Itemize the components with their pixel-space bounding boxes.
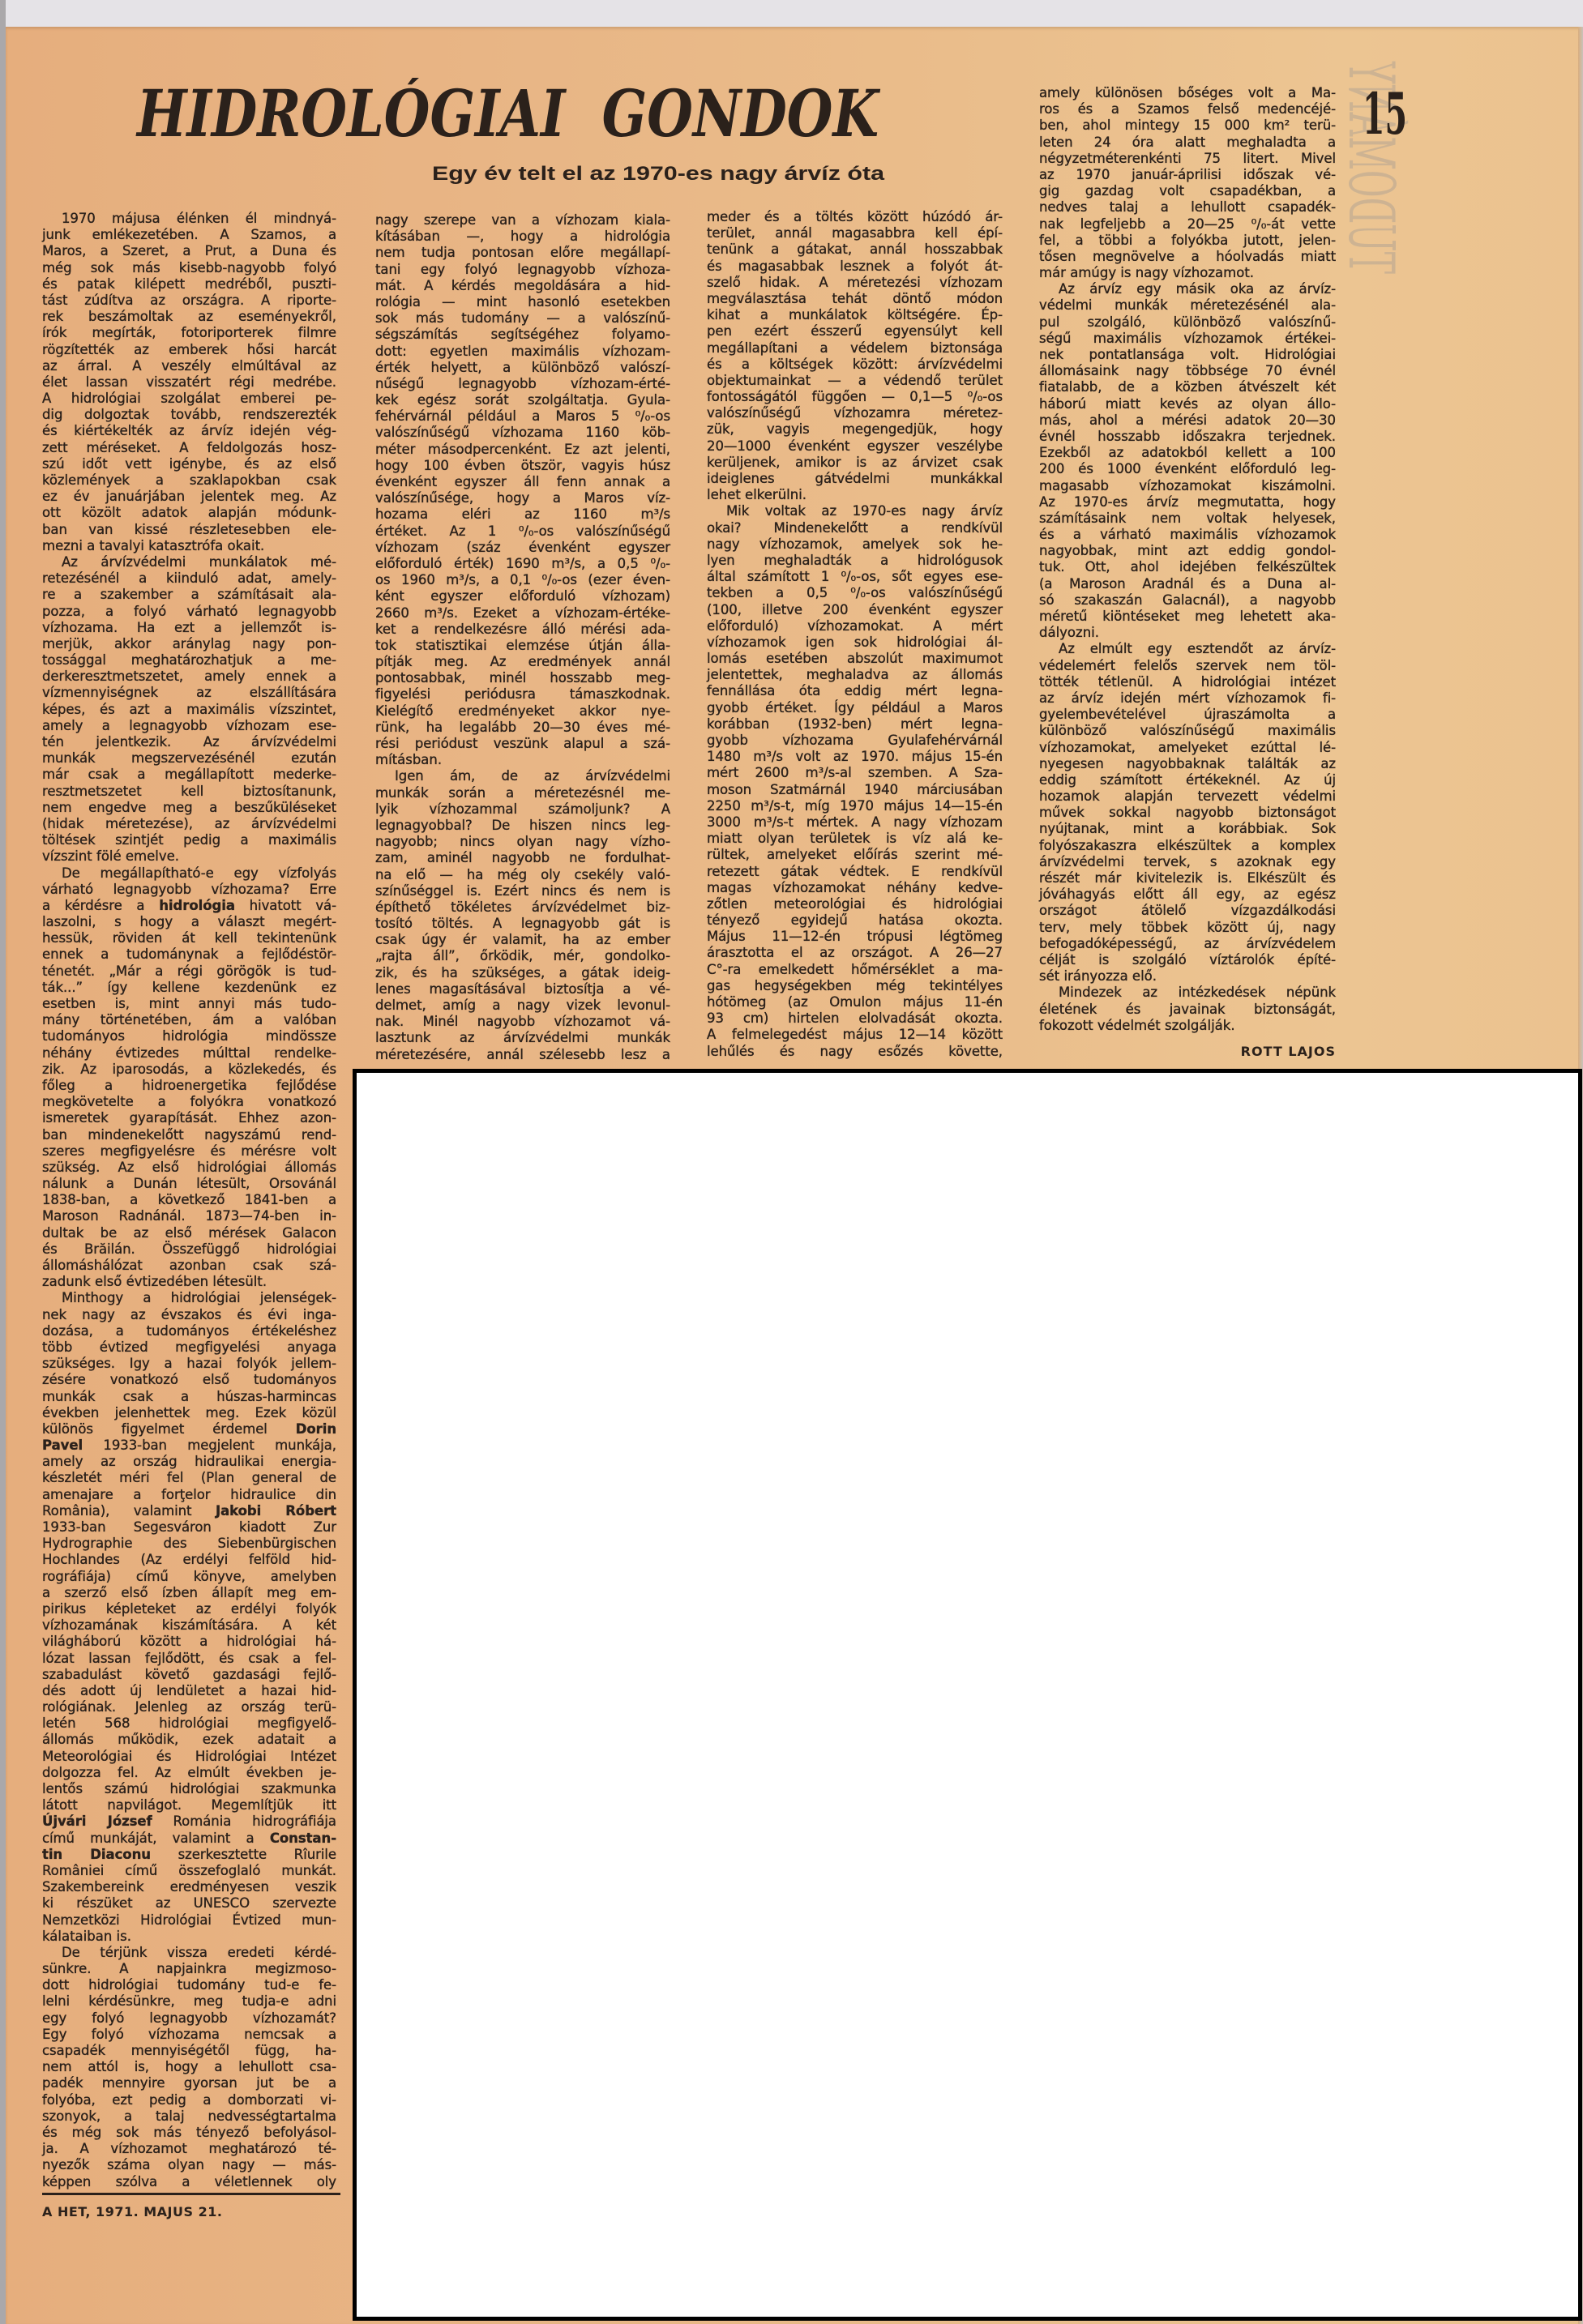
- line-content: Maros, a Szeret, a Prut, a Duna és: [42, 243, 336, 258]
- text-line: jelentettek, meghaladva az állomás: [707, 667, 1003, 683]
- line-content: gyobb értéket. Így például a Maros: [707, 700, 1003, 716]
- text-run: egy folyó legnagyobb vízhozamát?: [42, 2010, 336, 2026]
- text-run: ennek a tudománynak a fejlődéstör-: [42, 946, 336, 962]
- text-line: nyegesen nagyobbaknak találták az: [1039, 756, 1336, 772]
- line-content: mány történetében, ám a valóban: [42, 1012, 336, 1027]
- line-content: hótömeg (az Omulon május 11-én: [707, 994, 1003, 1010]
- line-content: munkák csak a húszas-harmincas: [42, 1389, 336, 1404]
- text-run: României című összefoglaló munkát.: [42, 1863, 336, 1878]
- line-content: ban mindenekelőtt nagyszámú rend-: [42, 1127, 336, 1143]
- line-content: az árvíz idején mért vízhozamok fi-: [1039, 690, 1336, 706]
- text-run: Igen ám, de az árvízvédelmi: [395, 768, 670, 784]
- text-run: vízhozama. Ha ezt a jellemzőt is-: [42, 620, 336, 635]
- line-content: és patak kilépett medréből, puszti-: [42, 276, 336, 292]
- text-run: rögzítették az emberek hősi harcát: [42, 342, 336, 357]
- line-content: méretezésére, annál szélesebb lesz a: [375, 1047, 670, 1062]
- text-run: érték helyett, a különböző valószí-: [375, 360, 670, 375]
- text-line: az 1970 január-áprilisi időszak vé-: [1039, 167, 1336, 183]
- line-content: 20—1000 évenként egyszer veszélybe: [707, 438, 1003, 454]
- text-line: Maroson Radnánál. 1873—74-ben in-: [42, 1208, 336, 1224]
- line-content: ez év januárjában jelentek meg. Az: [42, 489, 336, 504]
- line-content: ban van kissé részletesebben ele-: [42, 522, 336, 537]
- paragraph: nagy szerepe van a vízhozam kiala-kításá…: [375, 212, 670, 768]
- text-line: hogy 100 évben ötször, vagyis húsz: [375, 458, 670, 474]
- text-run: ségszámítás segítségéhez folyamo-: [375, 327, 670, 342]
- text-line: zadunk első évtizedében létesült.: [42, 1274, 336, 1290]
- text-line: gig gazdag volt csapadékban, a: [1039, 183, 1336, 199]
- text-line: Hydrographie des Siebenbürgischen: [42, 1536, 336, 1552]
- line-content: Újvári József Románia hidrográfiája: [42, 1813, 336, 1829]
- text-line: pen ezért ésszerű egyensúlyt kell: [707, 323, 1003, 340]
- line-content: nagyobb; nincs olyan nagy vízho-: [375, 834, 670, 849]
- text-line: világháború között a hidrológiai há-: [42, 1634, 336, 1650]
- text-run: mért 2600 m³/s-al szemben. A Sza-: [707, 765, 1003, 780]
- line-content: retezésénél a kiinduló adat, amely-: [42, 570, 336, 586]
- text-line: Pavel 1933-ban megjelent munkája,: [42, 1438, 336, 1454]
- text-line: jóváhagyás előtt áll egy, az egész: [1039, 886, 1336, 903]
- text-run: lózat lassan fejlődött, és csak a fel-: [42, 1651, 336, 1666]
- line-content: állomáshálózat azonban csak szá-: [42, 1258, 336, 1273]
- line-content: okai? Mindenekelőtt a rendkívül: [707, 520, 1003, 536]
- text-line: méretezésére, annál szélesebb lesz a: [375, 1047, 670, 1063]
- bold-name: hidrológia: [159, 898, 235, 913]
- line-content: rek beszámoltak az eseményekről,: [42, 309, 336, 324]
- text-line: védelemért felelős szervek nem töl-: [1039, 658, 1336, 674]
- text-run: 1480 m³/s volt az 1970. május 15-én: [707, 749, 1003, 764]
- text-line: kításában —, hogy a hidrológia: [375, 229, 670, 245]
- line-content: vízhozama. Ha ezt a jellemzőt is-: [42, 620, 336, 635]
- text-line: ben, ahol mintegy 15 000 km² terü-: [1039, 117, 1336, 134]
- line-content: A felmelegedést május 12—14 között: [707, 1027, 1003, 1042]
- text-line: látott napvilágot. Megemlítjük itt: [42, 1797, 336, 1813]
- line-content: folyószakaszra elkészültek a komplex: [1039, 838, 1336, 853]
- text-run: védelemért felelős szervek nem töl-: [1039, 658, 1336, 673]
- text-line: mításban.: [375, 752, 670, 768]
- line-content: laszolni, s hogy a választ megért-: [42, 914, 336, 929]
- text-run: tenünk a gátakat, annál hosszabbak: [707, 241, 1003, 257]
- text-run: Az elmúlt egy esztendőt az árvíz-: [1059, 641, 1336, 656]
- text-line: leten 24 óra alatt meghaladta a: [1039, 135, 1336, 151]
- text-line: C°-ra emelkedett hőmérséklet a ma-: [707, 962, 1003, 978]
- line-content: Nemzetközi Hidrológiai Évtized mun-: [42, 1912, 336, 1928]
- line-content: dig dolgoztak tovább, rendszerezték: [42, 407, 336, 422]
- text-line: dig dolgoztak tovább, rendszerezték: [42, 407, 336, 423]
- title-text: HIDROLÓGIAI GONDOK: [135, 78, 880, 147]
- text-line: az árvíz idején mért vízhozamok fi-: [1039, 690, 1336, 707]
- text-run: 93 cm) hirtelen elolvadását okozta.: [707, 1010, 1003, 1026]
- line-content: művek sokkal nagyobb biztonságot: [1039, 805, 1336, 820]
- text-run: pul szolgáló, különböző valószínű-: [1039, 314, 1336, 330]
- bold-name: tin Diaconu: [42, 1847, 151, 1862]
- line-content: rési periódust veszünk alapul a szá-: [375, 736, 670, 751]
- text-line: 2250 m³/s-t, míg 1970 május 14—15-én: [707, 798, 1003, 814]
- text-run: című munkáját, valamint a: [42, 1831, 270, 1846]
- text-line: dályozni.: [1039, 625, 1336, 641]
- text-line: munkák megszervezésénél ezután: [42, 750, 336, 767]
- line-content: tosító töltés. A legnagyobb gát is: [375, 916, 670, 931]
- line-content: számításaink nem voltak helyesek,: [1039, 511, 1336, 526]
- text-line: fehérvárnál például a Maros 5 ⁰/₀-os: [375, 408, 670, 425]
- text-run: Május 11—12-én trópusi légtömeg: [707, 929, 1003, 944]
- text-run: évenként egyszer áll fenn annak a: [375, 474, 670, 489]
- line-content: vízhozam (száz évenként egyszer: [375, 540, 670, 555]
- line-content: magas vízhozamokat néhány kedve-: [707, 880, 1003, 895]
- text-run: kek egész sorát szolgáltatja. Gyula-: [375, 392, 670, 408]
- line-content: Kielégítő eredményeket akkor nye-: [375, 703, 670, 719]
- text-line: szabadulást követő gazdasági fejlő-: [42, 1667, 336, 1683]
- line-content: szonyok, a talaj nedvességtartalma: [42, 2108, 336, 2124]
- line-content: ket a rendelkezésre álló mérési ada-: [375, 622, 670, 637]
- line-content: jelentettek, meghaladva az állomás: [707, 667, 1003, 682]
- text-run: tén jelentkezik. Az árvízvédelmi: [42, 734, 336, 750]
- line-content: zett méréseket. A feldolgozás hosz-: [42, 440, 336, 455]
- text-run: dés adott új lendületet a hazai hid-: [42, 1683, 336, 1698]
- text-run: és a várható maximális vízhozamok: [1039, 527, 1336, 542]
- text-line: De megállapítható-e egy vízfolyás: [42, 865, 336, 882]
- text-line: amenajare a forţelor hidraulice din: [42, 1487, 336, 1503]
- text-run: lomás esetében abszolút maximumot: [707, 651, 1003, 666]
- line-content: célját is szolgáló víztárolók építé-: [1039, 952, 1336, 968]
- text-line: nagyobbak, mint azt eddig gondol-: [1039, 543, 1336, 559]
- text-run: ros és a Szamos felső medencéjé-: [1039, 101, 1336, 117]
- text-run: sét irányozza elő.: [1039, 968, 1157, 984]
- text-run: zik. Az iparosodás, a közlekedés, és: [42, 1062, 336, 1077]
- line-content: dés adott új lendületet a hazai hid-: [42, 1683, 336, 1698]
- text-run: zett méréseket. A feldolgozás hosz-: [42, 440, 336, 455]
- text-line: ban mindenekelőtt nagyszámú rend-: [42, 1127, 336, 1143]
- line-content: kításában —, hogy a hidrológia: [375, 229, 670, 244]
- text-run: a kérdésre a: [42, 898, 159, 913]
- text-line: tok statisztikai elemzése útján álla-: [375, 638, 670, 654]
- text-line: miatt olyan területek is víz alá ke-: [707, 831, 1003, 847]
- line-content: az árral. A veszély elmúltával az: [42, 358, 336, 374]
- text-run: szabadulást követő gazdasági fejlő-: [42, 1667, 336, 1682]
- line-content: pirikus képleteket az erdélyi folyók: [42, 1601, 336, 1617]
- text-run: 1933-ban Segesváron kiadott Zur: [42, 1519, 336, 1535]
- article-subtitle: Egy év telt el az 1970-es nagy árvíz óta: [430, 159, 888, 191]
- line-content: háború miatt kevés az olyan állo-: [1039, 396, 1336, 412]
- line-content: munkák megszervezésénél ezután: [42, 750, 336, 766]
- text-line: számításaink nem voltak helyesek,: [1039, 511, 1336, 527]
- text-run: amenajare a forţelor hidraulice din: [42, 1487, 336, 1502]
- footer-rule: [42, 2193, 340, 2195]
- line-content: 1480 m³/s volt az 1970. május 15-én: [707, 749, 1003, 764]
- text-run: ténetét. „Már a régi görögök is tud-: [42, 963, 336, 979]
- text-line: nyezők száma olyan nagy — más-: [42, 2157, 336, 2173]
- text-run: tekben a 0,5 ⁰/₀-os valószínűségű: [707, 585, 1003, 600]
- text-line: delmet, amíg a nagy vizek levonul-: [375, 998, 670, 1014]
- text-run: előforduló érték) 1690 m³/s, a 0,5 ⁰/₀-: [375, 556, 670, 571]
- line-content: ténetét. „Már a régi görögök is tud-: [42, 963, 336, 979]
- text-line: 1838-ban, a következő 1841-ben a: [42, 1192, 336, 1208]
- text-run: néhány évtizedes múlttal rendelke-: [42, 1045, 336, 1061]
- text-line: tuk. Ott, ahol idejében felkészültek: [1039, 559, 1336, 575]
- line-content: Meteorológiai és Hidrológiai Intézet: [42, 1749, 336, 1764]
- line-content: valószínűsége, hogy a Maros víz-: [375, 490, 670, 506]
- text-line: Nemzetközi Hidrológiai Évtized mun-: [42, 1912, 336, 1929]
- line-content: ben, ahol mintegy 15 000 km² terü-: [1039, 117, 1336, 133]
- line-content: nűségű legnagyobb vízhozam-érté-: [375, 376, 670, 391]
- text-line: nagy szerepe van a vízhozam kiala-: [375, 212, 670, 229]
- text-line: által számított 1 ⁰/₀-os, sőt egyes ese-: [707, 569, 1003, 585]
- text-run: 2660 m³/s. Ezeket a vízhozam-értéke-: [375, 605, 670, 621]
- text-line: csak úgy ér valamit, ha az ember: [375, 932, 670, 948]
- text-run: dott hidrológiai tudomány tud-e fe-: [42, 1977, 336, 1993]
- line-content: tást zúdítva az országra. A riporte-: [42, 293, 336, 308]
- text-run: méretezésére, annál szélesebb lesz a: [375, 1047, 670, 1062]
- line-content: árvízvédelmi tervek, s azoknak egy: [1039, 854, 1336, 869]
- paragraph: Igen ám, de az árvízvédelmimunkák során …: [375, 768, 670, 1062]
- text-run: évnél hosszabb időszakra terjednek.: [1039, 429, 1336, 444]
- text-run: delmet, amíg a nagy vizek levonul-: [375, 998, 670, 1013]
- line-content: României című összefoglaló munkát.: [42, 1863, 336, 1878]
- text-line: os 1960 m³/s, a 0,1 ⁰/₀-os (ezer éven-: [375, 572, 670, 588]
- text-run: zük, vagyis megengedjük, hogy: [707, 421, 1003, 437]
- text-run: leten 24 óra alatt meghaladta a: [1039, 135, 1336, 150]
- text-run: só szakaszán Galacnál), a nagyobb: [1039, 592, 1336, 608]
- line-content: Egy folyó vízhozama nemcsak a: [42, 2027, 336, 2042]
- text-line: (hidak méretezése), az árvízvédelmi: [42, 816, 336, 832]
- text-line: szükséges. Igy a hazai folyók jellem-: [42, 1356, 336, 1372]
- text-run: és Brăilán. Összefüggő hidrológiai: [42, 1241, 336, 1257]
- text-line: Az elmúlt egy esztendőt az árvíz-: [1039, 641, 1336, 657]
- text-line: objektumainkat — a védendő terület: [707, 373, 1003, 389]
- text-run: hivatott vá-: [235, 898, 336, 913]
- text-line: években jelenhettek meg. Ezek közül: [42, 1405, 336, 1421]
- line-content: pen ezért ésszerű egyensúlyt kell: [707, 323, 1003, 339]
- text-line: fokozott védelmét szolgálják.: [1039, 1018, 1336, 1034]
- line-content: tudományos hidrológia mindössze: [42, 1028, 336, 1044]
- line-content: évnél hosszabb időszakra terjednek.: [1039, 429, 1336, 444]
- line-content: padék mennyire gyorsan jut be a: [42, 2075, 336, 2091]
- text-run: nyezők száma olyan nagy — más-: [42, 2157, 336, 2172]
- line-content: tötték tétlenül. A hidrológiai intézet: [1039, 674, 1336, 690]
- text-line: a szerző első ízben állapít meg em-: [42, 1585, 336, 1601]
- text-run: nak legfeljebb a 20—25 ⁰/₀-át vette: [1039, 216, 1336, 232]
- line-content: România), valamint Jakobi Róbert: [42, 1503, 336, 1519]
- text-run: írók megírták, fotoriporterek filmre: [42, 325, 336, 340]
- line-content: 1970 májusa élénken él mindnyá-: [62, 211, 336, 226]
- text-line: évenként egyszer áll fenn annak a: [375, 474, 670, 490]
- line-content: már amúgy is nagy vízhozamot.: [1039, 265, 1254, 280]
- line-content: tin Diaconu szerkesztette Rîurile: [42, 1847, 336, 1862]
- text-line: zésére vonatkozó első tudományos: [42, 1372, 336, 1388]
- text-run: számításaink nem voltak helyesek,: [1039, 511, 1336, 526]
- line-content: nagy szerepe van a vízhozam kiala-: [375, 212, 670, 228]
- text-line: ja. A vízhozamot meghatározó té-: [42, 2141, 336, 2157]
- text-line: méter másodpercenként. Ez azt jelenti,: [375, 442, 670, 458]
- line-content: rológiának. Jelenleg az ország terü-: [42, 1699, 336, 1715]
- text-run: ki részüket az UNESCO szervezte: [42, 1895, 336, 1911]
- line-content: fiatalabb, de a közben átvészelt két: [1039, 379, 1336, 395]
- line-content: pontosabbak, minél hosszabb meg-: [375, 670, 670, 686]
- text-run: állomás működik, ezek adatait a: [42, 1732, 336, 1747]
- line-content: szú időt vett igénybe, és az első: [42, 456, 336, 472]
- text-run: vízhozamának kiszámítására. A két: [42, 1617, 336, 1633]
- text-line: lehet elkerülni.: [707, 487, 1003, 503]
- line-content: években jelenhettek meg. Ezek közül: [42, 1405, 336, 1420]
- text-line: 93 cm) hirtelen elolvadását okozta.: [707, 1010, 1003, 1027]
- line-content: De megállapítható-e egy vízfolyás: [62, 865, 336, 881]
- publication-footer: A HET, 1971. MAJUS 21.: [42, 2204, 222, 2219]
- text-line: vízhozama. Ha ezt a jellemzőt is-: [42, 620, 336, 636]
- text-run: előforduló) vízhozamokat. A mért: [707, 618, 1003, 634]
- article-title: HIDROLÓGIAI GONDOK: [134, 78, 888, 147]
- text-line: háború miatt kevés az olyan állo-: [1039, 396, 1336, 412]
- line-content: hogy 100 évben ötször, vagyis húsz: [375, 458, 670, 473]
- text-line: értéket. Az 1 ⁰/₀-os valószínűségű: [375, 523, 670, 540]
- line-content: folyóba, ezt pedig a domborzati vi-: [42, 2092, 336, 2108]
- text-line: színűséggel is. Ezért nincs és nem is: [375, 883, 670, 899]
- line-content: 1933-ban Segesváron kiadott Zur: [42, 1519, 336, 1535]
- line-content: Az árvíz egy másik oka az árvíz-: [1059, 281, 1336, 297]
- text-line: junk emlékezetében. A Szamos, a: [42, 227, 336, 243]
- text-run: derkeresztmetszetet, amely ennek a: [42, 669, 336, 684]
- line-content: 2250 m³/s-t, míg 1970 május 14—15-én: [707, 798, 1003, 814]
- text-line: 3000 m³/s-t mértek. A nagy vízhozam: [707, 814, 1003, 831]
- line-content: 200 és 1000 évenként előforduló leg-: [1039, 461, 1336, 476]
- text-line: pítják meg. Az eredmények annál: [375, 654, 670, 670]
- line-content: rográfiája) című könyve, amelyben: [42, 1569, 336, 1584]
- text-line: lenes magasításával biztosítja a vé-: [375, 981, 670, 998]
- text-line: Újvári József Románia hidrográfiája: [42, 1813, 336, 1830]
- line-content: nak legfeljebb a 20—25 ⁰/₀-át vette: [1039, 216, 1336, 232]
- line-content: és a költségek között: árvízvédelmi: [707, 357, 1003, 372]
- text-run: 200 és 1000 évenként előforduló leg-: [1039, 461, 1336, 476]
- line-content: munkák során a méretezésnél me-: [375, 785, 670, 801]
- line-content: állomásaink nagy többsége 70 évnél: [1039, 363, 1336, 378]
- line-content: nyújtanak, mint a korábbiak. Sok: [1039, 821, 1336, 836]
- text-line: terület, annál magasabbra kell épí-: [707, 225, 1003, 241]
- text-run: lelni kérdésünkre, meg tudja-e adni: [42, 1993, 336, 2009]
- text-run: meder és a töltés között húzódó ár-: [707, 209, 1003, 224]
- line-content: dozása, a tudományos értékeléshez: [42, 1323, 336, 1339]
- bold-name: Dorin: [296, 1421, 336, 1437]
- text-run: tősen megnövelve a hóolvadás miatt: [1039, 249, 1336, 264]
- text-line: tenünk a gátakat, annál hosszabbak: [707, 241, 1003, 258]
- line-content: nem engedve meg a beszűküléseket: [42, 800, 336, 815]
- text-run: Maroson Radnánál. 1873—74-ben in-: [42, 1208, 336, 1224]
- text-run: C°-ra emelkedett hőmérséklet a ma-: [707, 962, 1003, 977]
- text-run: (hidak méretezése), az árvízvédelmi: [42, 816, 336, 831]
- text-line: ki részüket az UNESCO szervezte: [42, 1895, 336, 1912]
- text-run: háború miatt kevés az olyan állo-: [1039, 396, 1336, 412]
- text-line: megkövetelte a folyókra vonatkozó: [42, 1094, 336, 1110]
- text-run: pontosabbak, minél hosszabb meg-: [375, 670, 670, 686]
- text-line: ez év januárjában jelentek meg. Az: [42, 489, 336, 505]
- line-content: nyezők száma olyan nagy — más-: [42, 2157, 336, 2172]
- text-run: művek sokkal nagyobb biztonságot: [1039, 805, 1336, 820]
- text-line: lehűlés és nagy esőzés követte,: [707, 1044, 1003, 1060]
- text-line: szú időt vett igénybe, és az első: [42, 456, 336, 472]
- line-content: más, ahol a mérési adatok 20—30: [1039, 412, 1336, 428]
- text-line: és magasabbak lesznek a folyót át-: [707, 258, 1003, 275]
- text-run: munkák megszervezésénél ezután: [42, 750, 336, 766]
- line-content: nek pontatlansága volt. Hidrológiai: [1039, 347, 1336, 362]
- text-line: zük, vagyis megengedjük, hogy: [707, 421, 1003, 438]
- text-run: nálunk a Dunán létesült, Orsovánál: [42, 1176, 336, 1191]
- text-line: és Brăilán. Összefüggő hidrológiai: [42, 1241, 336, 1258]
- text-line: Szakembereink eredményesen veszik: [42, 1879, 336, 1895]
- line-content: zésére vonatkozó első tudományos: [42, 1372, 336, 1387]
- text-run: által számított 1 ⁰/₀-os, sőt egyes ese-: [707, 569, 1003, 584]
- text-line: folyóba, ezt pedig a domborzati vi-: [42, 2092, 336, 2108]
- text-run: szükséges. Igy a hazai folyók jellem-: [42, 1356, 336, 1371]
- text-run: szú időt vett igénybe, és az első: [42, 456, 336, 472]
- line-content: pozza, a folyó várható legnagyobb: [42, 604, 336, 619]
- line-content: „rajta áll”, őrködik, mér, gondolko-: [375, 948, 670, 963]
- line-content: dolgozza fel. Az elmúlt években je-: [42, 1765, 336, 1780]
- text-line: eddig számított értékeknél. Az új: [1039, 772, 1336, 788]
- text-run: Meteorológiai és Hidrológiai Intézet: [42, 1749, 336, 1764]
- text-run: rológiának. Jelenleg az ország terü-: [42, 1699, 336, 1715]
- text-line: re a szakember a számításait ala-: [42, 587, 336, 603]
- text-line: kerüljenek, amikor is az árvizet csak: [707, 455, 1003, 471]
- text-run: csapadék mennyiségétől függ, ha-: [42, 2043, 336, 2058]
- text-run: években jelenhettek meg. Ezek közül: [42, 1405, 336, 1420]
- text-line: szükség. Az első hidrológiai állomás: [42, 1160, 336, 1176]
- text-line: rültek, amelyeket előírás szerint mé-: [707, 847, 1003, 863]
- text-run: fontosságától függően — 0,1—5 ⁰/₀-os: [707, 389, 1003, 404]
- text-run: különös figyelmet érdemel: [42, 1421, 296, 1437]
- text-run: szerkesztette Rîurile: [151, 1847, 336, 1862]
- line-content: amely a legnagyobb vízhozam ese-: [42, 718, 336, 733]
- text-run: Románia hidrográfiája: [152, 1813, 336, 1829]
- text-run: fiatalabb, de a közben átvészelt két: [1039, 379, 1336, 395]
- line-content: Május 11—12-én trópusi légtömeg: [707, 929, 1003, 944]
- line-content: érték helyett, a különböző valószí-: [375, 360, 670, 375]
- text-run: A felmelegedést május 12—14 között: [707, 1027, 1003, 1042]
- text-line: gyobb értéket. Így például a Maros: [707, 700, 1003, 716]
- text-run: magasabb vízhozamokat kiszámolni.: [1039, 478, 1336, 493]
- text-run: befogadóképességű, az árvízvédelem: [1039, 936, 1336, 951]
- text-line: vízhozamának kiszámítására. A két: [42, 1617, 336, 1634]
- line-content: lomás esetében abszolút maximumot: [707, 651, 1003, 666]
- text-line: töltések szintjét pedig a maximális: [42, 832, 336, 848]
- text-run: Az 1970-es árvíz megmutatta, hogy: [1039, 494, 1336, 510]
- line-content: delmet, amíg a nagy vizek levonul-: [375, 998, 670, 1013]
- line-content: állomás működik, ezek adatait a: [42, 1732, 336, 1747]
- text-run: ott közölt adatok alapján módunk-: [42, 505, 336, 520]
- line-content: rögzítették az emberek hősi harcát: [42, 342, 336, 357]
- text-line: legnagyobbal? De hiszen nincs leg-: [375, 818, 670, 834]
- text-line: nedves talaj a lehullott csapadék-: [1039, 199, 1336, 216]
- text-line: Meteorológiai és Hidrológiai Intézet: [42, 1749, 336, 1765]
- text-run: 1970 májusa élénken él mindnyá-: [62, 211, 336, 226]
- text-line: amely a legnagyobb vízhozam ese-: [42, 718, 336, 734]
- line-content: országot átölelő vízgazdálkodási: [1039, 903, 1336, 918]
- line-content: lentős számú hidrológiai szakmunka: [42, 1781, 336, 1796]
- text-line: (a Maroson Aradnál és a Duna al-: [1039, 576, 1336, 592]
- line-content: zőtlen meteorológiai és hidrológiai: [707, 896, 1003, 912]
- line-content: pul szolgáló, különböző valószínű-: [1039, 314, 1336, 330]
- article-column-4: amely különösen bőséges volt a Ma-ros és…: [1039, 85, 1336, 1034]
- text-run: állomásaink nagy többsége 70 évnél: [1039, 363, 1336, 378]
- text-line: tossággal meghatározhatjuk a me-: [42, 652, 336, 669]
- text-line: sok más tudomány — a valószínű-: [375, 310, 670, 327]
- text-line: előforduló érték) 1690 m³/s, a 0,5 ⁰/₀-: [375, 556, 670, 572]
- text-line: fiatalabb, de a közben átvészelt két: [1039, 379, 1336, 395]
- bold-name: Újvári József: [42, 1813, 152, 1829]
- text-line: retezett gátak védtek. E rendkívül: [707, 864, 1003, 880]
- paragraph: meder és a töltés között húzódó ár-terül…: [707, 209, 1003, 503]
- line-content: Szakembereink eredményesen veszik: [42, 1879, 336, 1895]
- text-line: kihat a munkálatok költségére. Ép-: [707, 307, 1003, 323]
- line-content: várható legnagyobb vízhozama? Erre: [42, 882, 336, 897]
- text-line: célját is szolgáló víztárolók építé-: [1039, 952, 1336, 968]
- text-run: rünk, ha legalább 20—30 éves mé-: [375, 720, 670, 735]
- line-content: látott napvilágot. Megemlítjük itt: [42, 1797, 336, 1813]
